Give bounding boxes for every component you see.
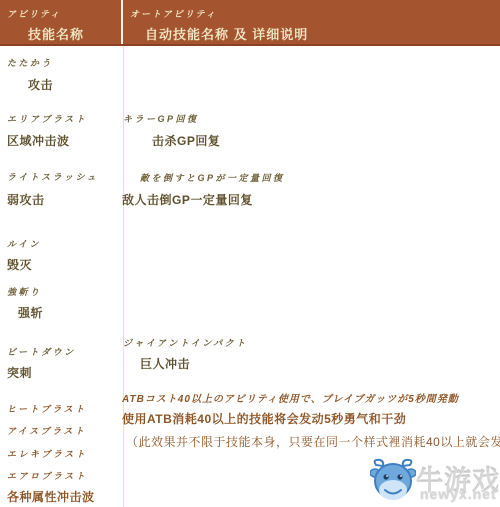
auto-ability-ja: ジャイアントインパクト (123, 336, 248, 349)
ability-ja: 強斬り (7, 285, 42, 298)
auto-ability-ja: 敵を倒すとGPが一定量回復 (140, 171, 285, 184)
ability-ja: エリアブラスト (7, 112, 87, 125)
header-ability-cn: 技能名称 (28, 24, 84, 43)
ability-cn: 区域冲击波 (7, 132, 70, 149)
ability-ja: たたかう (7, 56, 53, 69)
ability-cn: 攻击 (28, 76, 53, 93)
ability-ja: アイスブラスト (7, 424, 86, 437)
ability-cn: 毁灭 (7, 256, 32, 273)
ability-ja: ライトスラッシュ (7, 170, 98, 183)
ability-ja: ヒートブラスト (7, 402, 87, 415)
header-auto-ability-cn: 自动技能名称 及 详细说明 (145, 24, 308, 43)
ability-cn: 突刺 (7, 364, 32, 381)
ability-cn: 弱攻击 (7, 191, 45, 208)
ability-ja: エアロブラスト (7, 469, 87, 482)
auto-ability-ja: キラーGP回復 (123, 112, 199, 125)
ability-ja: ルイン (7, 237, 41, 250)
ability-cn: 强斩 (18, 304, 43, 321)
header-auto-ability-ja: オートアビリティ (130, 7, 217, 20)
ability-ja: ビートダウン (7, 345, 76, 358)
ability-table-page: アビリティ 技能名称 オートアビリティ 自动技能名称 及 详细说明 たたかう 攻… (0, 0, 500, 507)
auto-ability-desc-ja: ATBコスト40以上のアビリティ使用で、ブレイブガッツが5秒間発動 (122, 390, 459, 405)
ability-cn: 各种属性冲击波 (7, 488, 95, 505)
site-watermark: 牛游戏 newyx.net (368, 455, 500, 507)
auto-ability-desc-cn: 使用ATB消耗40以上的技能将会发动5秒勇气和干劲 (122, 410, 406, 427)
header-column-divider (121, 0, 123, 44)
watermark-site-url: newyx.net (420, 486, 497, 502)
auto-ability-cn: 敌人击倒GP一定量回复 (122, 191, 253, 208)
auto-ability-cn: 击杀GP回复 (152, 132, 220, 149)
ability-ja: エレキブラスト (7, 447, 87, 460)
auto-ability-cn: 巨人冲击 (140, 355, 190, 372)
cow-logo-icon (370, 457, 416, 505)
auto-ability-note-cn: （此效果并不限于技能本身，只要在同一个样式裡消耗40以上就会发动） (126, 433, 500, 450)
header-ability-ja: アビリティ (7, 7, 61, 20)
table-header: アビリティ 技能名称 オートアビリティ 自动技能名称 及 详细说明 (0, 0, 500, 46)
